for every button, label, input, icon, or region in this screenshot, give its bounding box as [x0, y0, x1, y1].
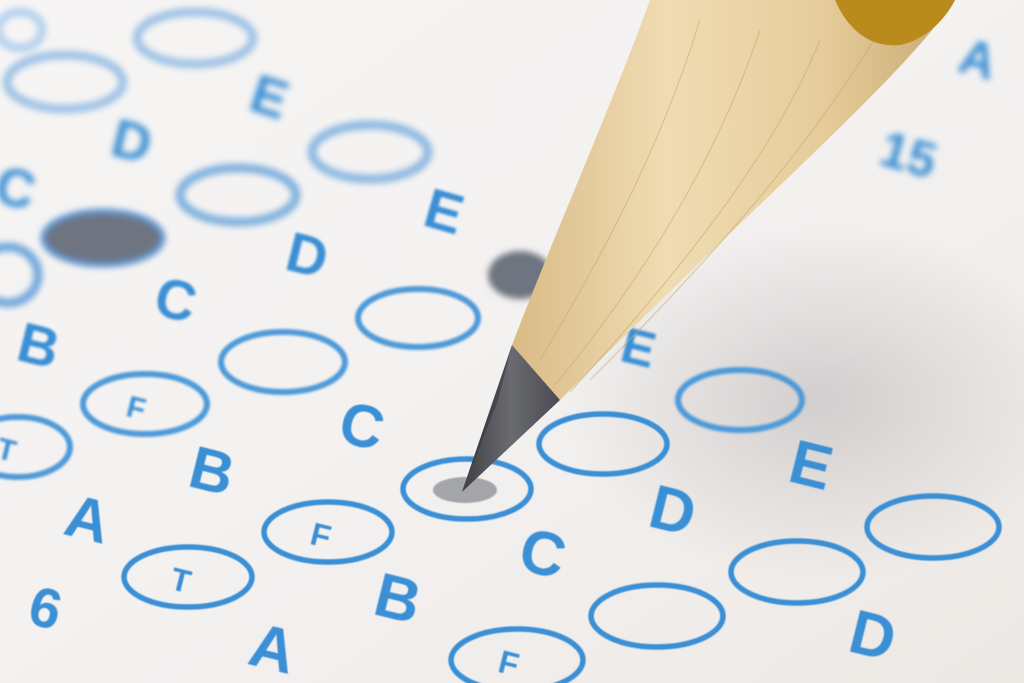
answer-sheet-illustration: E D C 15 A E D C B F T E: [0, 0, 1024, 683]
filled-bubble: [43, 211, 163, 265]
answer-sheet-photo: E D C 15 A E D C B F T E: [0, 0, 1024, 683]
pencil-mark: [433, 477, 497, 503]
